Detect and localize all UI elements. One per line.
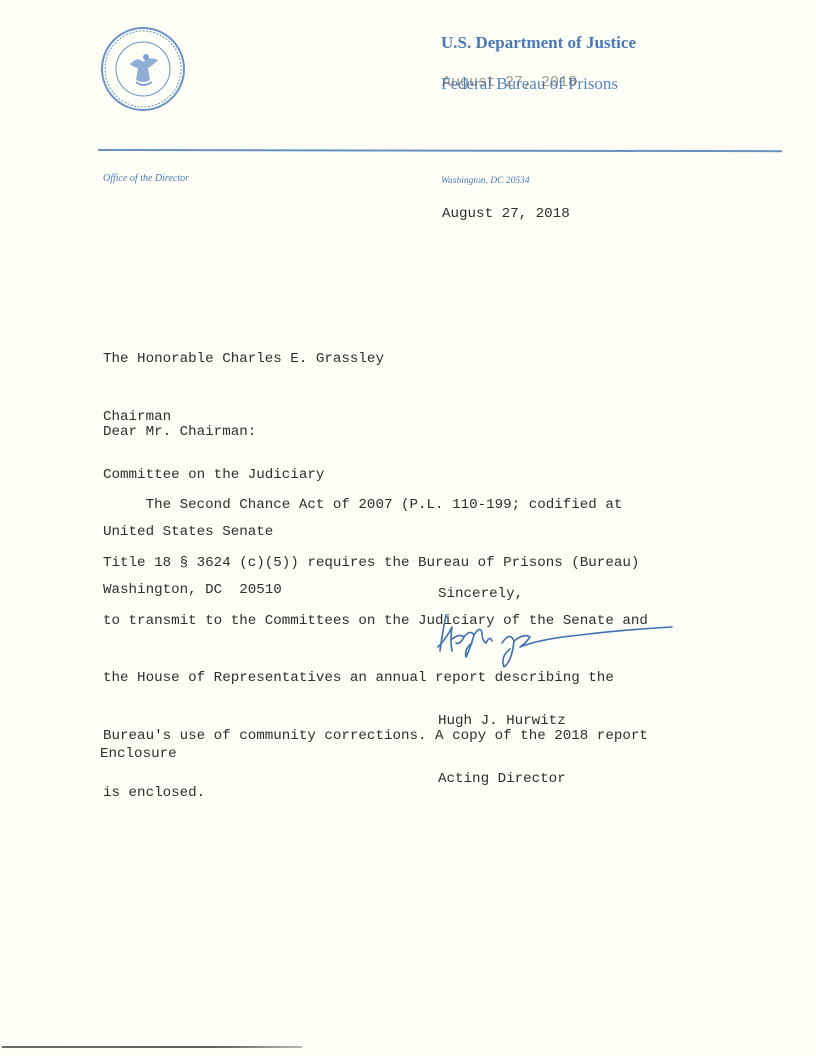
office-label: Office of the Director bbox=[103, 173, 189, 184]
scan-edge-line bbox=[2, 1046, 302, 1048]
body-line: Bureau's use of community corrections. A… bbox=[103, 727, 648, 746]
closing: Sincerely, bbox=[438, 585, 523, 604]
city-label: Washington, DC 20534 bbox=[441, 176, 530, 186]
signature-icon bbox=[430, 605, 680, 677]
enclosure-note: Enclosure bbox=[100, 745, 177, 764]
body-line: is enclosed. bbox=[103, 784, 648, 803]
body-line: The Second Chance Act of 2007 (P.L. 110-… bbox=[103, 496, 648, 515]
department-name: U.S. Department of Justice bbox=[441, 33, 636, 53]
doj-bop-seal-icon bbox=[100, 26, 186, 112]
salutation: Dear Mr. Chairman: bbox=[103, 423, 256, 442]
bureau-date-overprint: August 27, 2018 bbox=[442, 74, 577, 91]
signer-title: Acting Director bbox=[438, 770, 566, 789]
letterhead-divider bbox=[98, 149, 782, 152]
address-line: The Honorable Charles E. Grassley bbox=[103, 350, 384, 369]
signer-name: Hugh J. Hurwitz bbox=[438, 712, 566, 731]
body-line: Title 18 § 3624 (c)(5)) requires the Bur… bbox=[103, 554, 648, 573]
letter-date: August 27, 2018 bbox=[442, 205, 570, 224]
letter-page: U.S. Department of Justice Federal Burea… bbox=[0, 0, 816, 1056]
signer-block: Hugh J. Hurwitz Acting Director bbox=[438, 674, 566, 828]
